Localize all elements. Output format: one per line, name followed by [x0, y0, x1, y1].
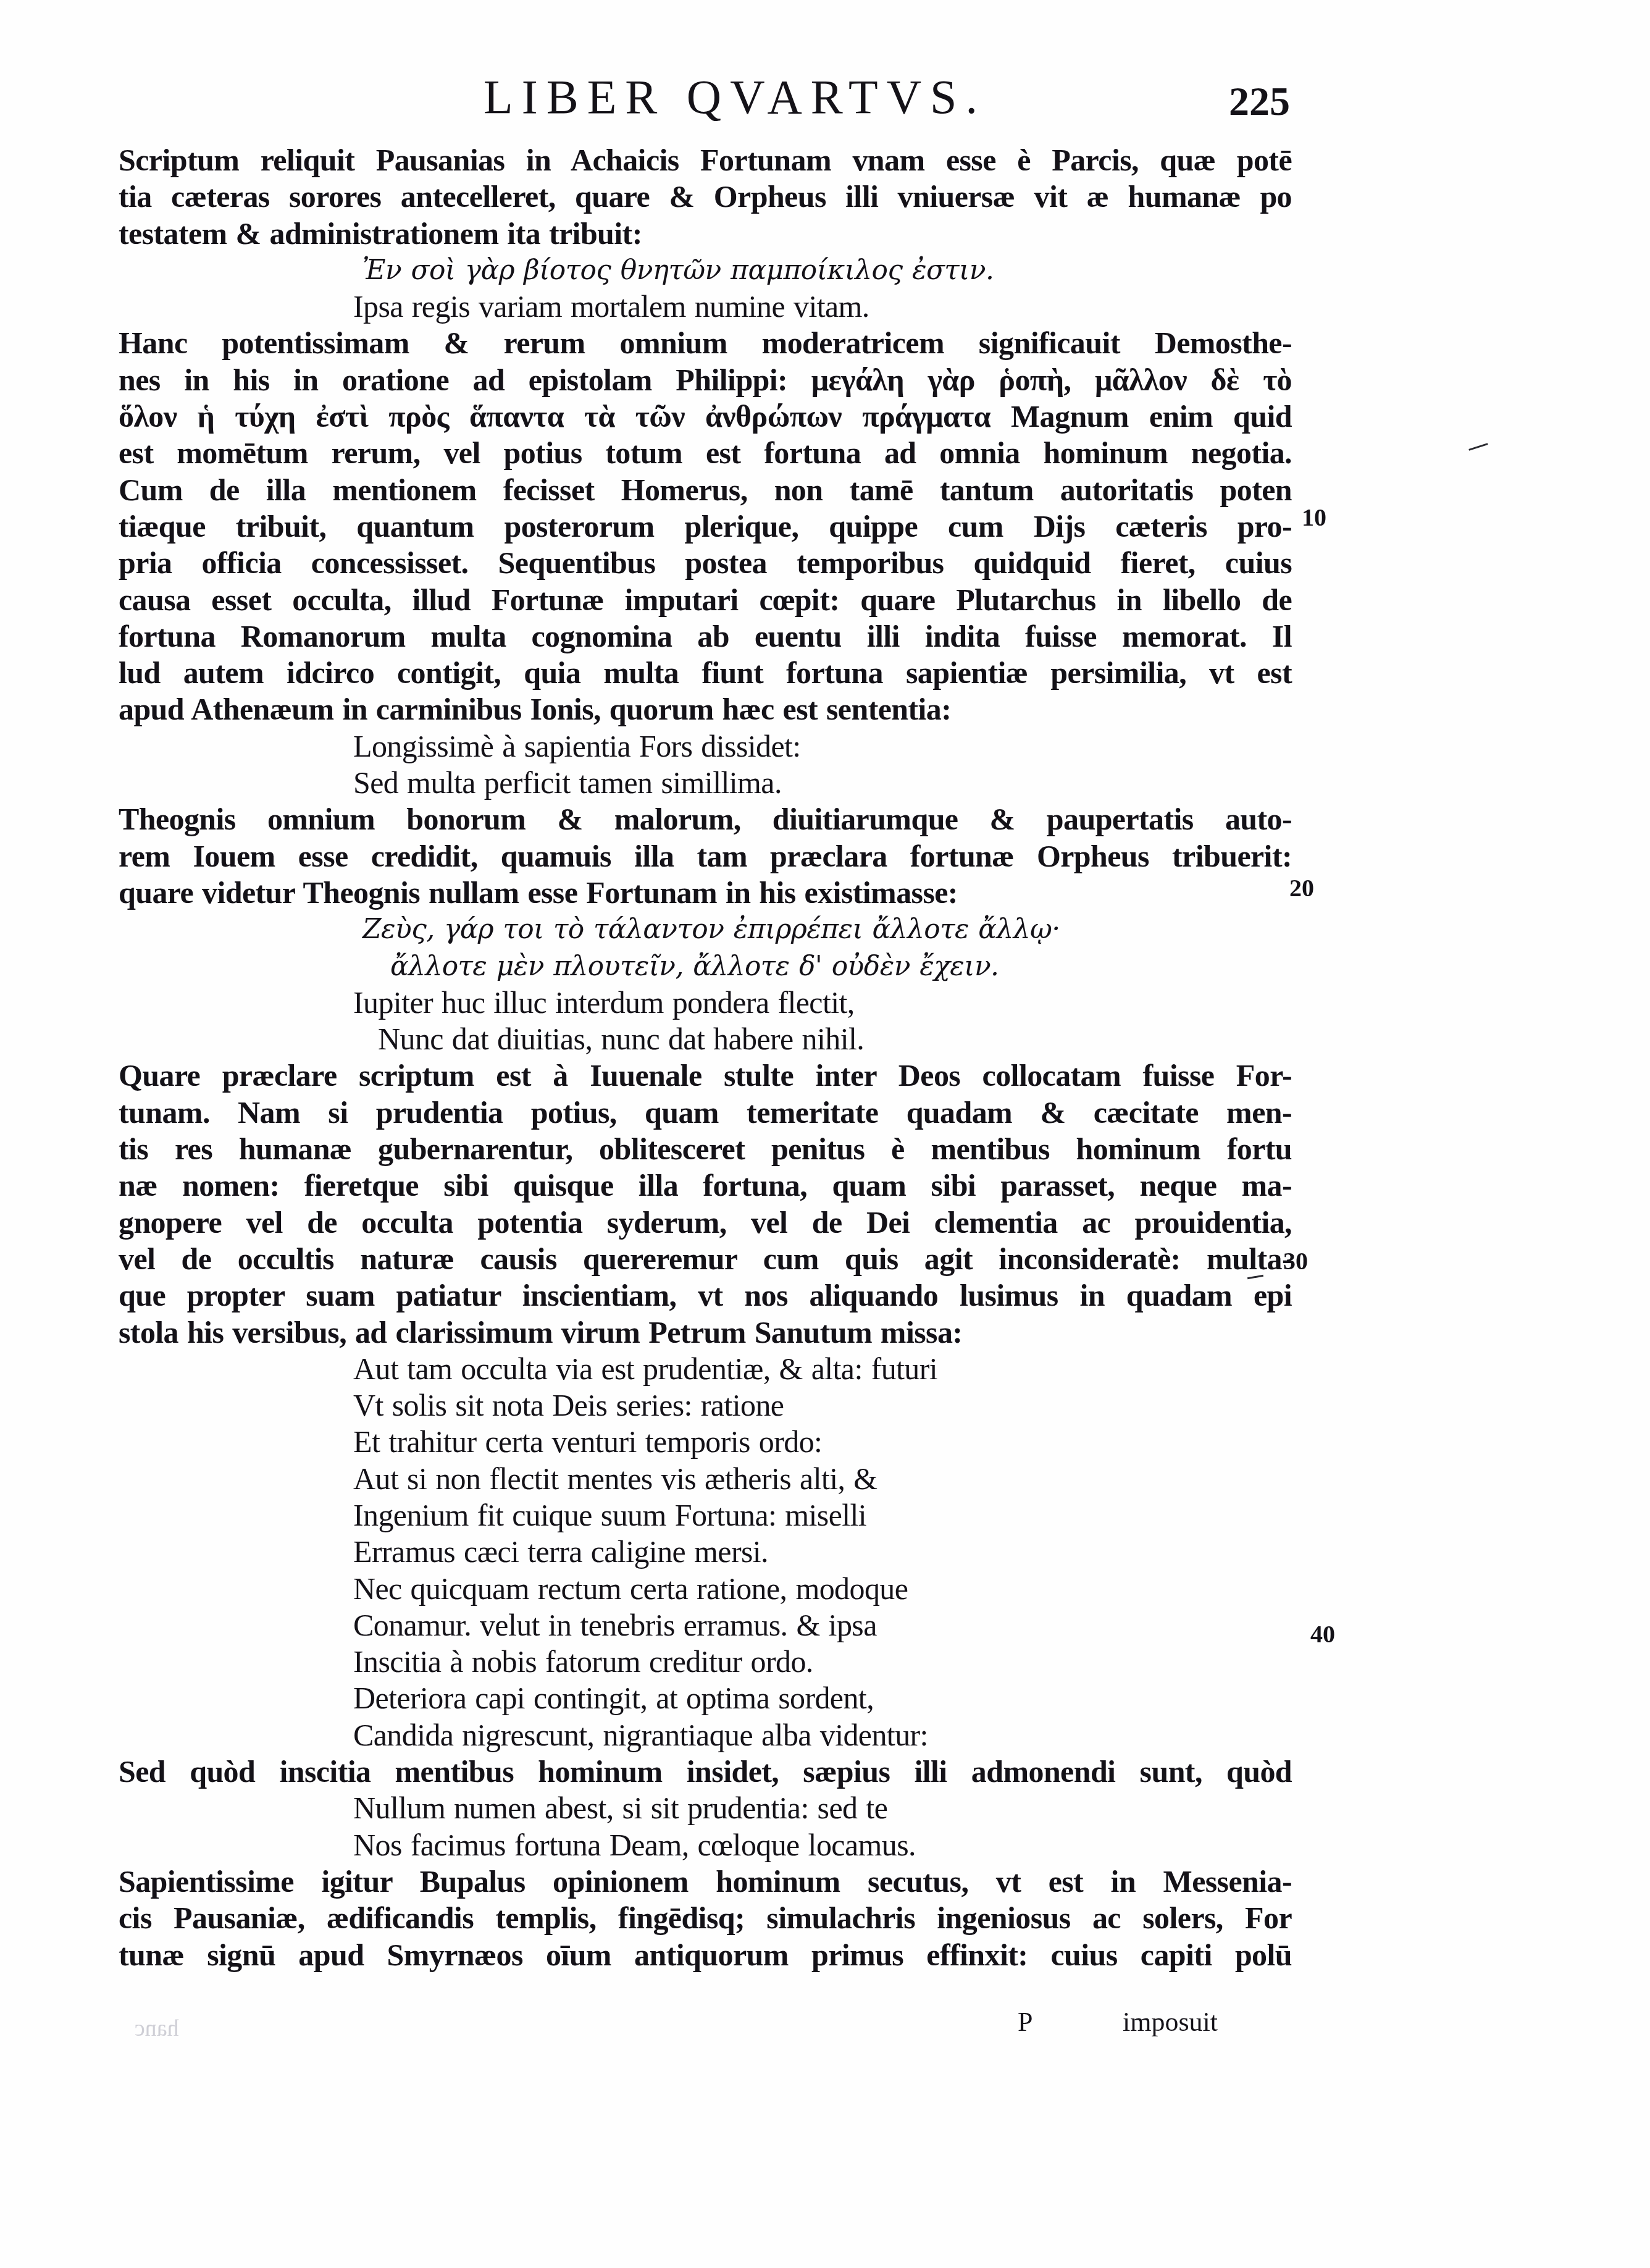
- verse-line: Candida nigrescunt, nigrantiaque alba vi…: [119, 1717, 1292, 1753]
- verse-line: Nec quicquam rectum certa ratione, modoq…: [119, 1571, 1292, 1607]
- text-line: Scriptum reliquit Pausanias in Achaicis …: [119, 142, 1292, 178]
- text-line: stola his versibus, ad clarissimum virum…: [119, 1314, 1292, 1351]
- text-line: gnopere vel de occulta potentia syderum,…: [119, 1204, 1292, 1241]
- catchword: imposuit: [1123, 2006, 1218, 2038]
- text-line: cis Pausaniæ, ædificandis templis, fingē…: [119, 1900, 1292, 1936]
- verse-line: Aut si non flectit mentes vis ætheris al…: [119, 1461, 1292, 1497]
- margin-line-number: 20: [1289, 876, 1314, 901]
- running-title: LIBER QVARTVS.: [395, 73, 1074, 121]
- text-line: tunam. Nam si prudentia potius, quam tem…: [119, 1094, 1292, 1131]
- text-line: nes in his in oratione ad epistolam Phil…: [119, 362, 1292, 398]
- text-line: vel de occultis naturæ causis quereremur…: [119, 1241, 1292, 1277]
- text-line: Hanc potentissimam & rerum omnium modera…: [119, 325, 1292, 361]
- text-line: que propter suam patiatur inscientiam, v…: [119, 1277, 1292, 1314]
- margin-line-number: 40: [1310, 1622, 1335, 1647]
- verse-line: Et trahitur certa venturi temporis ordo:: [119, 1424, 1292, 1460]
- text-line: Theognis omnium bonorum & malorum, diuit…: [119, 801, 1292, 838]
- verse-line: Ipsa regis variam mortalem numine vitam.: [119, 288, 1292, 325]
- text-line: est momētum rerum, vel potius totum est …: [119, 435, 1292, 471]
- verse-line: Aut tam occulta via est prudentiæ, & alt…: [119, 1351, 1292, 1387]
- verse-line: Deteriora capi contingit, at optima sord…: [119, 1680, 1292, 1716]
- text-line: Cum de illa mentionem fecisset Homerus, …: [119, 472, 1292, 508]
- verse-line: Nos facimus fortuna Deam, cœloque locamu…: [119, 1827, 1292, 1863]
- verse-line: Nunc dat diuitias, nunc dat habere nihil…: [119, 1021, 1292, 1057]
- text-line: lud autem idcirco contigit, quia multa f…: [119, 655, 1292, 691]
- bleed-through-text: hanc: [135, 2015, 179, 2042]
- text-line: Quare præclare scriptum est à Iuuenale s…: [119, 1057, 1292, 1094]
- text-line: Sapientissime igitur Bupalus opinionem h…: [119, 1863, 1292, 1900]
- text-line: testatem & administrationem ita tribuit:: [119, 216, 1292, 252]
- verse-line: Vt solis sit nota Deis series: ratione: [119, 1387, 1292, 1424]
- greek-verse-line: Ζεὺς, γάρ τοι τὸ τάλαντον ἐπιρρέπει ἄλλο…: [119, 911, 1292, 947]
- greek-verse-line: Ἐν σοὶ γὰρ βίοτος θνητῶν παμποίκιλος ἐστ…: [119, 252, 1292, 288]
- verse-line: Inscitia à nobis fatorum creditur ordo.: [119, 1644, 1292, 1680]
- verse-line: Ingenium fit cuique suum Fortuna: misell…: [119, 1497, 1292, 1534]
- verse-line: Conamur. velut in tenebris erramus. & ip…: [119, 1607, 1292, 1644]
- verse-line: Nullum numen abest, si sit prudentia: se…: [119, 1790, 1292, 1826]
- book-page: LIBER QVARTVS. 225 Scriptum reliquit Pau…: [0, 0, 1650, 2268]
- text-line: apud Athenæum in carminibus Ionis, quoru…: [119, 691, 1292, 728]
- text-line: ὅλον ἡ τύχη ἐστὶ πρὸς ἅπαντα τὰ τῶν ἀνθρ…: [119, 398, 1292, 435]
- text-line: quare videtur Theognis nullam esse Fortu…: [119, 875, 1292, 911]
- text-line: tunæ signū apud Smyrnæos oīum antiquorum…: [119, 1937, 1292, 1973]
- text-line: causa esset occulta, illud Fortunæ imput…: [119, 582, 1292, 618]
- text-line: pria officia concessisset. Sequentibus p…: [119, 545, 1292, 581]
- text-line: tiæque tribuit, quantum posterorum pleri…: [119, 508, 1292, 545]
- text-line: fortuna Romanorum multa cognomina ab eue…: [119, 618, 1292, 655]
- text-line: Sed quòd inscitia mentibus hominum insid…: [119, 1753, 1292, 1790]
- verse-line: Iupiter huc illuc interdum pondera flect…: [119, 985, 1292, 1021]
- text-line: tis res humanæ gubernarentur, oblitescer…: [119, 1131, 1292, 1167]
- margin-line-number: 30: [1283, 1249, 1308, 1274]
- margin-line-number: 10: [1302, 505, 1326, 530]
- stray-mark: [1468, 443, 1488, 451]
- verse-line: Sed multa perficit tamen simillima.: [119, 765, 1292, 801]
- signature-mark: P: [1018, 2006, 1032, 2038]
- text-line: tia cæteras sorores antecelleret, quare …: [119, 178, 1292, 215]
- verse-line: Erramus cæci terra caligine mersi.: [119, 1534, 1292, 1570]
- text-line: rem Iouem esse credidit, quamuis illa ta…: [119, 838, 1292, 875]
- text-line: næ nomen: fieretque sibi quisque illa fo…: [119, 1167, 1292, 1204]
- greek-verse-line: ἄλλοτε μὲν πλουτεῖν, ἄλλοτε δ' οὐδὲν ἔχε…: [119, 948, 1292, 985]
- body-text: Scriptum reliquit Pausanias in Achaicis …: [119, 142, 1292, 1973]
- page-number: 225: [1229, 82, 1290, 122]
- verse-line: Longissimè à sapientia Fors dissidet:: [119, 728, 1292, 765]
